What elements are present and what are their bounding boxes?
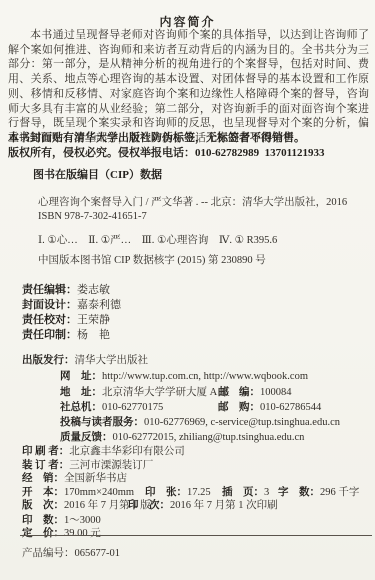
editor-name: 娄志敏 [77, 284, 110, 296]
cover-design-name: 嘉泰利德 [77, 299, 121, 311]
switchboard-value: 010-62770175 [102, 402, 163, 413]
impression-label: 印 次： [128, 500, 170, 511]
publisher-label: 出版发行： [22, 355, 75, 366]
impression-cell: 印 次：2016 年 7 月第 1 次印刷 [128, 497, 278, 512]
print-supervisor-label: 责任印制： [22, 329, 77, 341]
summary-paragraph: 本书通过呈现督导老师对咨询师个案的具体指导，以达到让咨询师了解个案如何推进、咨询… [8, 28, 369, 146]
staff-row-print-supervisor: 责任印制：杨 艳 [22, 326, 110, 342]
mail-order-label: 邮 购： [218, 402, 260, 413]
distributor-label: 经 销： [22, 473, 64, 484]
word-count-cell: 字 数：296 千字 [278, 484, 359, 499]
publisher-name: 清华大学出版社 [75, 355, 149, 366]
editor-label: 责任编辑： [22, 284, 77, 296]
staff-row-proofreader: 责任校对：王荣静 [22, 311, 110, 327]
quality-feedback-row: 质量反馈：010-62772015, zhiliang@tup.tsinghua… [60, 429, 304, 444]
zip-value: 100084 [260, 387, 292, 398]
publisher-row: 出版发行：清华大学出版社 [22, 352, 148, 367]
price-label: 定 价： [22, 528, 64, 539]
product-number-value: 065677-01 [75, 548, 121, 559]
switchboard-row: 社总机：010-62770175 [60, 399, 163, 414]
cover-design-label: 封面设计： [22, 299, 77, 311]
price-value: 39.00 元 [64, 528, 101, 539]
cip-title-line: 心理咨询个案督导入门 / 严文华著 . -- 北京：清华大学出版社，2016 [38, 194, 347, 209]
reader-service-label: 投稿与读者服务： [60, 417, 144, 428]
zip-label: 邮 编： [218, 387, 260, 398]
cip-header: 图书在版编目（CIP）数据 [33, 166, 162, 182]
price-row: 定 价：39.00 元 [22, 525, 101, 540]
mail-order-row: 邮 购：010-62786544 [218, 399, 321, 414]
copyright-page: 内容简介 本书通过呈现督导老师对咨询师个案的具体指导，以达到让咨询师了解个案如何… [0, 0, 375, 580]
product-number-label: 产品编号： [22, 548, 75, 559]
quality-feedback-label: 质量反馈： [60, 432, 113, 443]
printer-name: 北京鑫丰华彩印有限公司 [69, 446, 185, 457]
staff-row-cover-design: 封面设计：嘉泰利德 [22, 296, 121, 312]
mail-order-value: 010-62786544 [260, 402, 321, 413]
copyright-notice: 版权所有，侵权必究。侵权举报电话：010-62782989 1370112193… [8, 144, 325, 160]
website-row: 网 址：http://www.tup.com.cn, http://www.wq… [60, 368, 308, 383]
website-urls: http://www.tup.com.cn, http://www.wqbook… [102, 371, 308, 382]
address-row: 地 址：北京清华大学学研大厦 A 座 [60, 384, 230, 399]
footer-divider-line [20, 535, 372, 536]
word-count-value: 296 千字 [320, 487, 359, 498]
print-supervisor-name: 杨 艳 [77, 329, 110, 341]
proofreader-name: 王荣静 [77, 314, 110, 326]
distributor-row: 经 销：全国新华书店 [22, 470, 127, 485]
anti-piracy-notice: 本书封面贴有清华大学出版社防伪标签，无标签者不得销售。 [8, 129, 305, 145]
proofreader-label: 责任校对： [22, 314, 77, 326]
staff-row-editor: 责任编辑：娄志敏 [22, 281, 110, 297]
switchboard-label: 社总机： [60, 402, 102, 413]
isbn-line: ISBN 978-7-302-41651-7 [38, 211, 147, 222]
printer-label: 印 刷 者： [22, 446, 69, 457]
product-number-row: 产品编号：065677-01 [22, 545, 120, 560]
address-value: 北京清华大学学研大厦 A 座 [102, 387, 230, 398]
cip-classification-line: Ⅰ. ①心… Ⅱ. ①严… Ⅲ. ①心理咨询 Ⅳ. ① R395.6 [38, 232, 277, 247]
word-count-label: 字 数： [278, 487, 320, 498]
distributor-name: 全国新华书店 [64, 473, 127, 484]
edition-label: 版 次： [22, 500, 64, 511]
website-label: 网 址： [60, 371, 102, 382]
address-label: 地 址： [60, 387, 102, 398]
quality-feedback-value: 010-62772015, zhiliang@tup.tsinghua.edu.… [113, 432, 305, 443]
reader-service-row: 投稿与读者服务：010-62776969, c-service@tup.tsin… [60, 414, 340, 429]
impression-value: 2016 年 7 月第 1 次印刷 [170, 500, 278, 511]
cip-record-line: 中国版本图书馆 CIP 数据核字 (2015) 第 230890 号 [38, 252, 266, 267]
printer-row: 印 刷 者：北京鑫丰华彩印有限公司 [22, 443, 185, 458]
reader-service-value: 010-62776969, c-service@tup.tsinghua.edu… [144, 417, 340, 428]
zip-row: 邮 编：100084 [218, 384, 292, 399]
